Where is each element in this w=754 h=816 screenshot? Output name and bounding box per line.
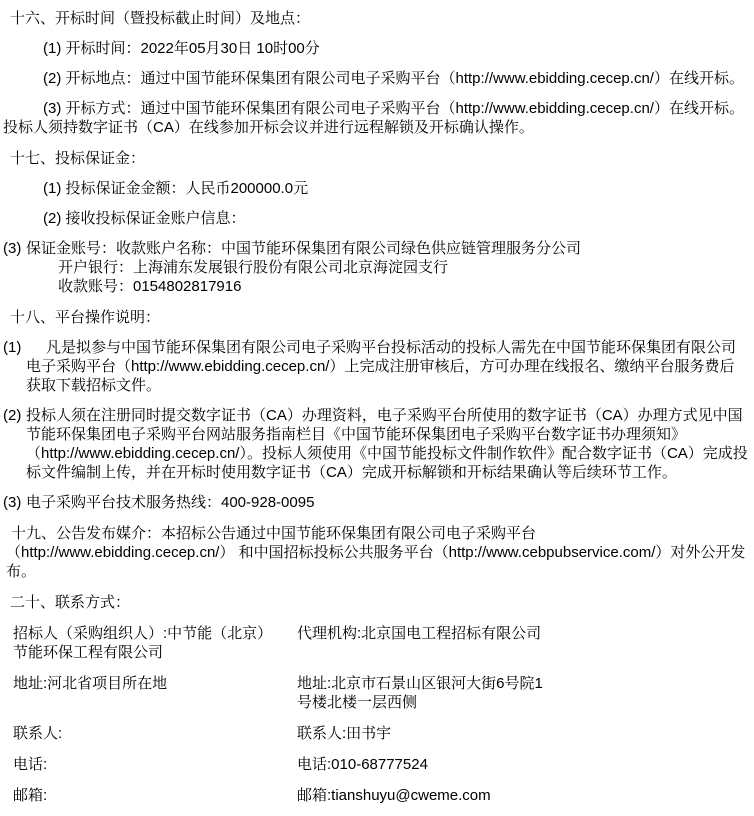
section-18-item-1-registration: (1) 凡是拟参与中国节能环保集团有限公司电子采购平台投标活动的投标人需先在中国… xyxy=(3,338,748,395)
payee-name-line: 保证金账号：收款账户名称：中国节能环保集团有限公司绿色供应链管理服务分公司 xyxy=(26,239,748,258)
section-16-item-1-bid-opening-time: (1) 开标时间：2022年05月30日 10时00分 xyxy=(3,39,748,58)
section-17-heading: 十七、投标保证金： xyxy=(10,149,748,168)
section-17-item-1-deposit-amount: (1) 投标保证金金额：人民币200000.0元 xyxy=(3,179,748,198)
section-16-item-3-bid-opening-method: (3) 开标方式：通过中国节能环保集团有限公司电子采购平台（http://www… xyxy=(3,99,748,137)
item-marker: (3) xyxy=(3,493,26,512)
contact-table: 招标人（采购组织人）:中节能（北京）节能环保工程有限公司 代理机构:北京国电工程… xyxy=(13,624,748,805)
section-16-heading: 十六、开标时间（暨投标截止时间）及地点： xyxy=(10,9,748,28)
tenderer-phone: 电话: xyxy=(13,755,281,774)
section-18-item-3-service-hotline: (3) 电子采购平台技术服务热线：400-928-0095 xyxy=(3,493,748,512)
agency-contact-person: 联系人:田书宇 xyxy=(297,724,549,743)
agency-address: 地址:北京市石景山区银河大街6号院1号楼北楼一层西侧 xyxy=(297,674,549,712)
item-marker: (2) xyxy=(3,406,26,482)
section-18-item-2-digital-certificate: (2) 投标人须在注册同时提交数字证书（CA）办理资料，电子采购平台所使用的数字… xyxy=(3,406,748,482)
registration-instructions-text: 凡是拟参与中国节能环保集团有限公司电子采购平台投标活动的投标人需先在中国节能环保… xyxy=(26,338,748,395)
agency-email: 邮箱:tianshuyu@cweme.com xyxy=(297,786,549,805)
account-number-line: 收款账号：0154802817916 xyxy=(26,277,748,296)
tenderer-email: 邮箱: xyxy=(13,786,281,805)
section-16-item-2-bid-opening-place: (2) 开标地点：通过中国节能环保集团有限公司电子采购平台（http://www… xyxy=(3,69,748,88)
section-17-item-3-deposit-account: (3) 保证金账号：收款账户名称：中国节能环保集团有限公司绿色供应链管理服务分公… xyxy=(3,239,748,296)
tenderer-name: 招标人（采购组织人）:中节能（北京）节能环保工程有限公司 xyxy=(13,624,281,662)
section-18-heading: 十八、平台操作说明： xyxy=(10,308,748,327)
tenderer-address: 地址:河北省项目所在地 xyxy=(13,674,281,712)
item-marker: (1) xyxy=(3,338,26,395)
service-hotline-text: 电子采购平台技术服务热线：400-928-0095 xyxy=(26,493,748,512)
deposit-account-block: 保证金账号：收款账户名称：中国节能环保集团有限公司绿色供应链管理服务分公司 开户… xyxy=(26,239,748,296)
tender-notice-document: 十六、开标时间（暨投标截止时间）及地点： (1) 开标时间：2022年05月30… xyxy=(0,0,754,816)
section-17-item-2-deposit-account-info: (2) 接收投标保证金账户信息： xyxy=(3,209,748,228)
bank-line: 开户银行：上海浦东发展银行股份有限公司北京海淀园支行 xyxy=(26,258,748,277)
agency-phone: 电话:010-68777524 xyxy=(297,755,549,774)
section-19-announcement-media: 十九、公告发布媒介：本招标公告通过中国节能环保集团有限公司电子采购平台 （htt… xyxy=(6,524,748,581)
agency-name: 代理机构:北京国电工程招标有限公司 xyxy=(297,624,549,662)
section-20-heading: 二十、联系方式： xyxy=(10,593,748,612)
digital-certificate-text: 投标人须在注册同时提交数字证书（CA）办理资料，电子采购平台所使用的数字证书（C… xyxy=(26,406,748,482)
item-marker: (3) xyxy=(3,239,26,296)
tenderer-contact-person: 联系人: xyxy=(13,724,281,743)
